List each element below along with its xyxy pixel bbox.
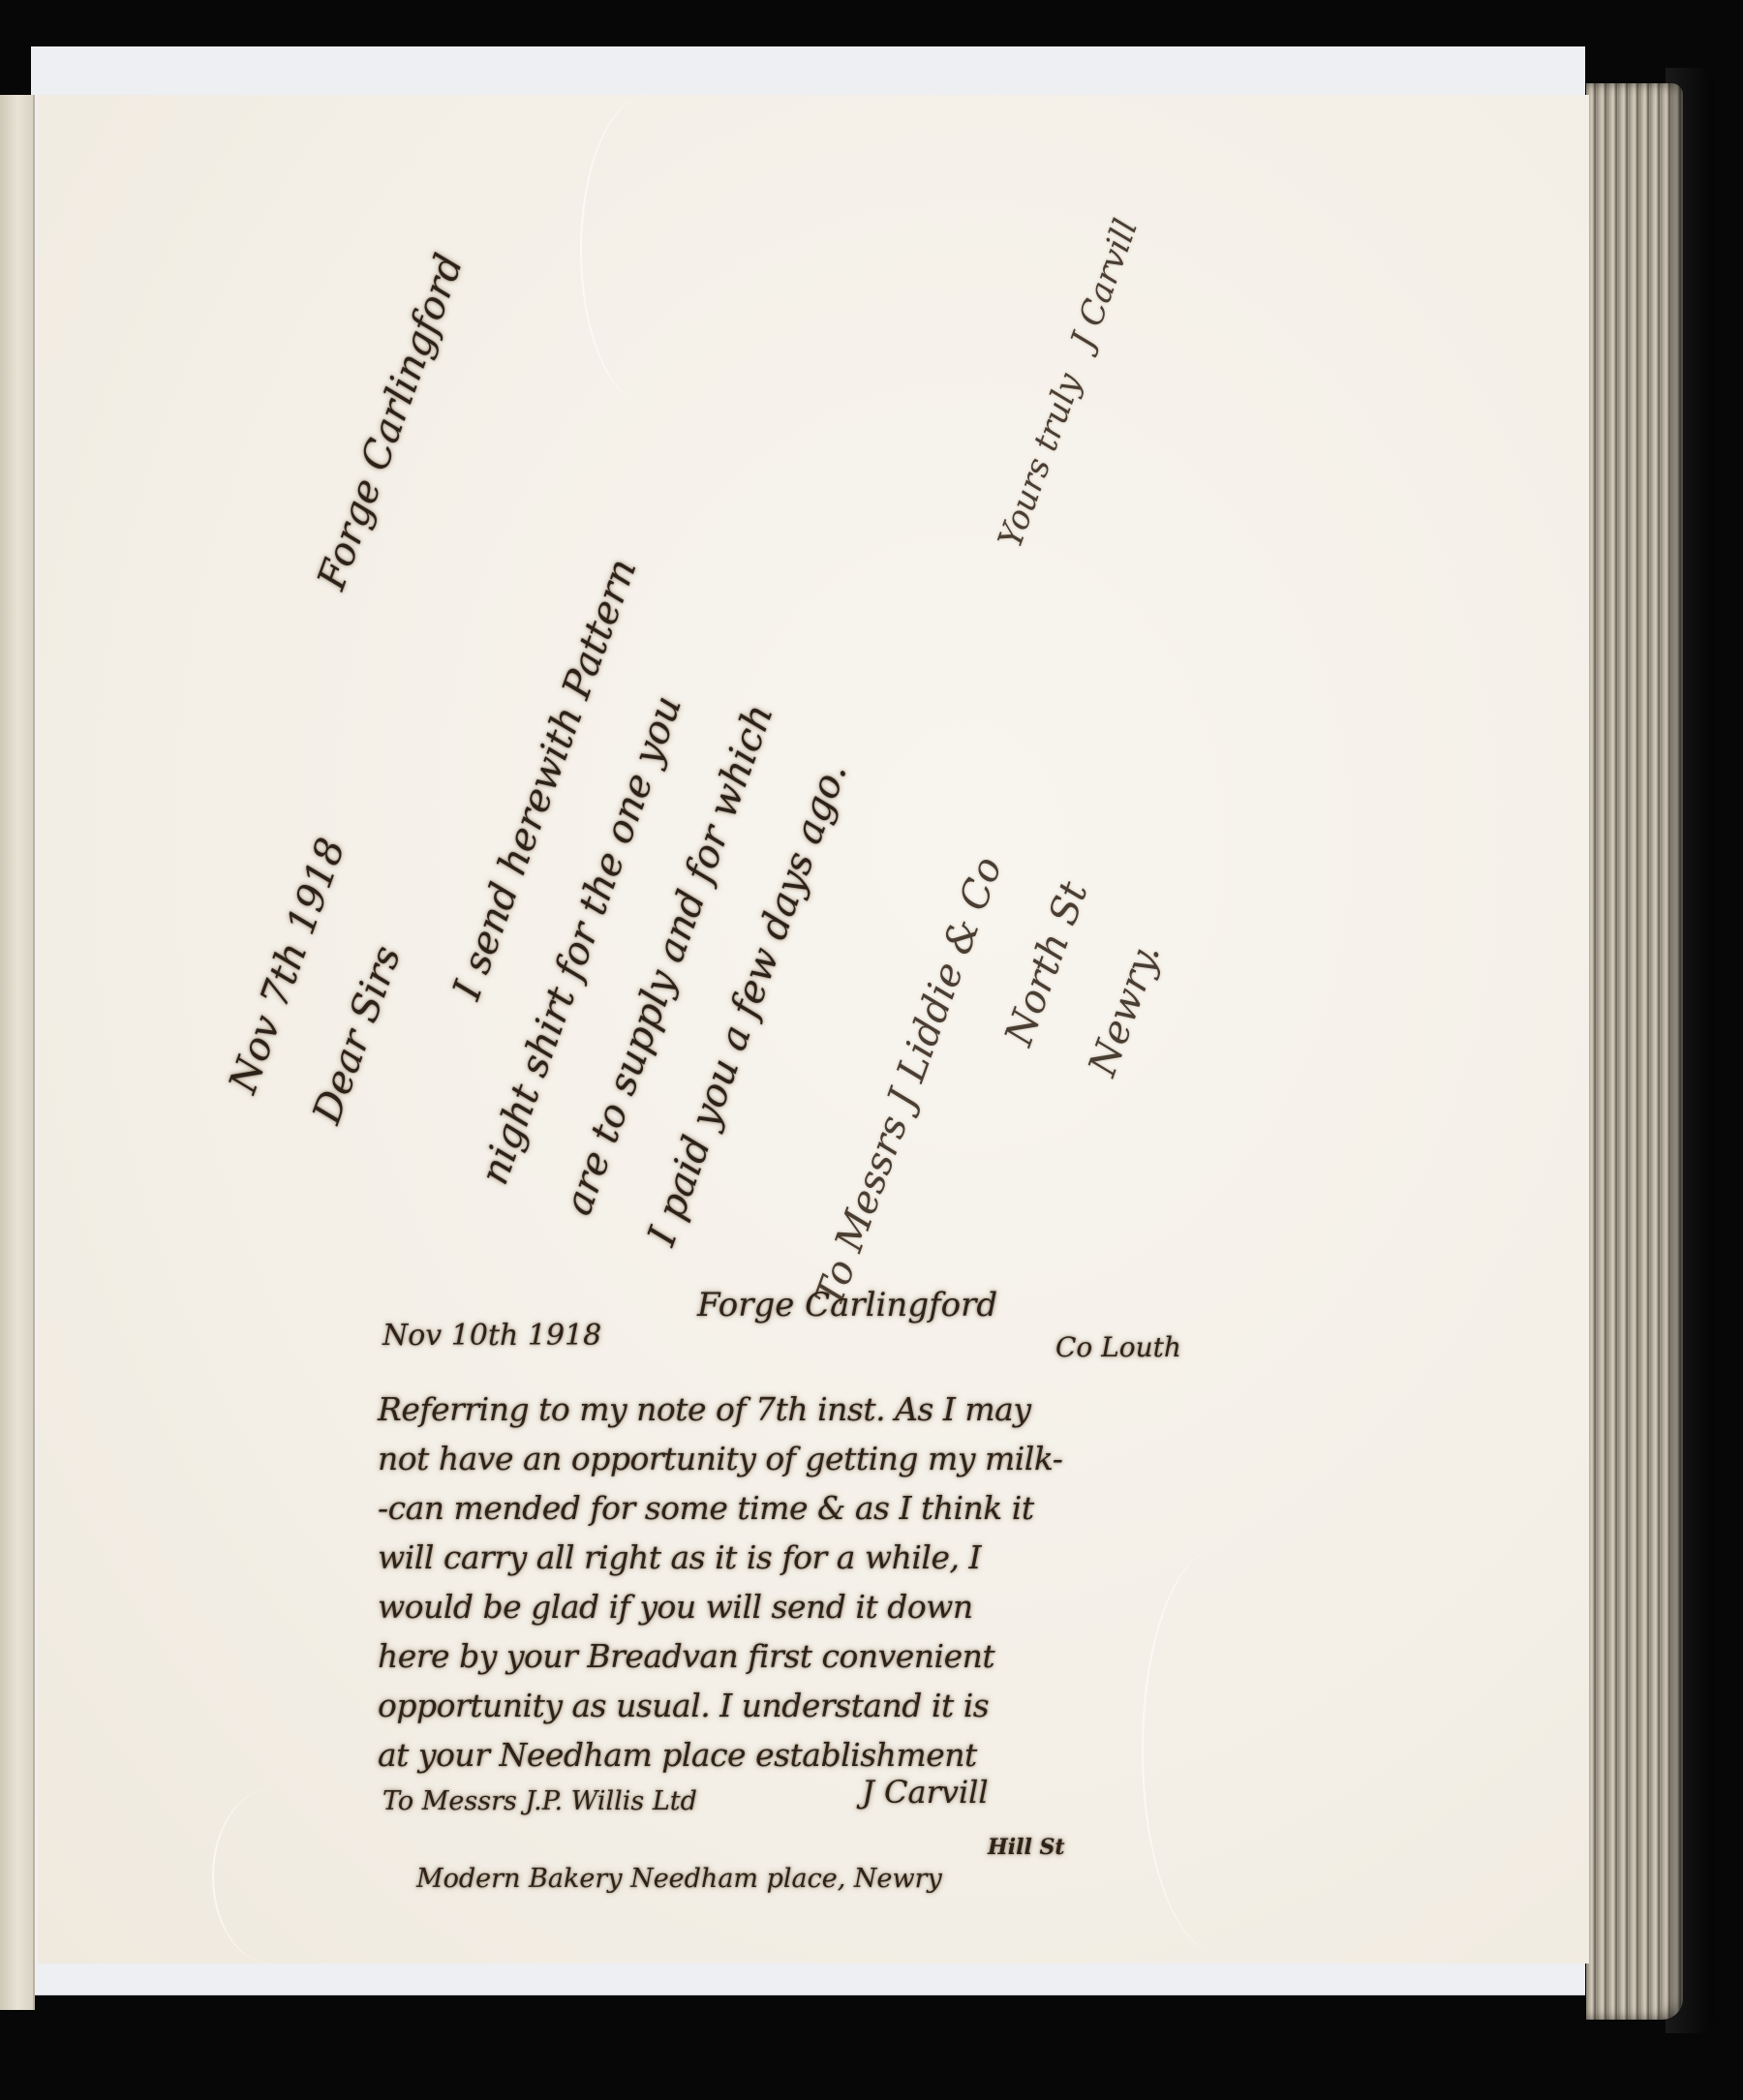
letter2-recipient-line-1: To Messrs J.P. Willis Ltd [382, 1786, 697, 1816]
letter2-body: Referring to my note of 7th inst. As I m… [378, 1385, 1210, 1780]
letter2-date: Nov 10th 1918 [382, 1319, 601, 1353]
letter2-insertion: Hill St [988, 1835, 1065, 1860]
letter2-body-line: at your Needham place establishment [378, 1730, 1210, 1780]
page-edges [1586, 83, 1683, 2020]
left-page-edge [0, 95, 35, 2010]
letter1-signature: J Carvill [1063, 214, 1146, 353]
letter2-recipient-line-2: Modern Bakery Needham place, Newry [416, 1864, 942, 1894]
letter2-address-line-1: Forge Carlingford [697, 1286, 997, 1324]
letter2-body-line: will carry all right as it is for a whil… [378, 1533, 1210, 1582]
paper-crease [212, 1789, 330, 1963]
letter2-signature: J Carvill [862, 1774, 989, 1811]
letter2-body-line: opportunity as usual. I understand it is [378, 1681, 1210, 1730]
letter2-body-line: not have an opportunity of getting my mi… [378, 1434, 1210, 1483]
letter2-body-line: would be glad if you will send it down [378, 1582, 1210, 1631]
letter2-address-line-2: Co Louth [1055, 1331, 1181, 1363]
letter2-body-line: -can mended for some time & as I think i… [378, 1483, 1210, 1533]
letter2-body-line: here by your Breadvan first convenient [378, 1631, 1210, 1681]
letter2-body-line: Referring to my note of 7th inst. As I m… [378, 1385, 1210, 1434]
